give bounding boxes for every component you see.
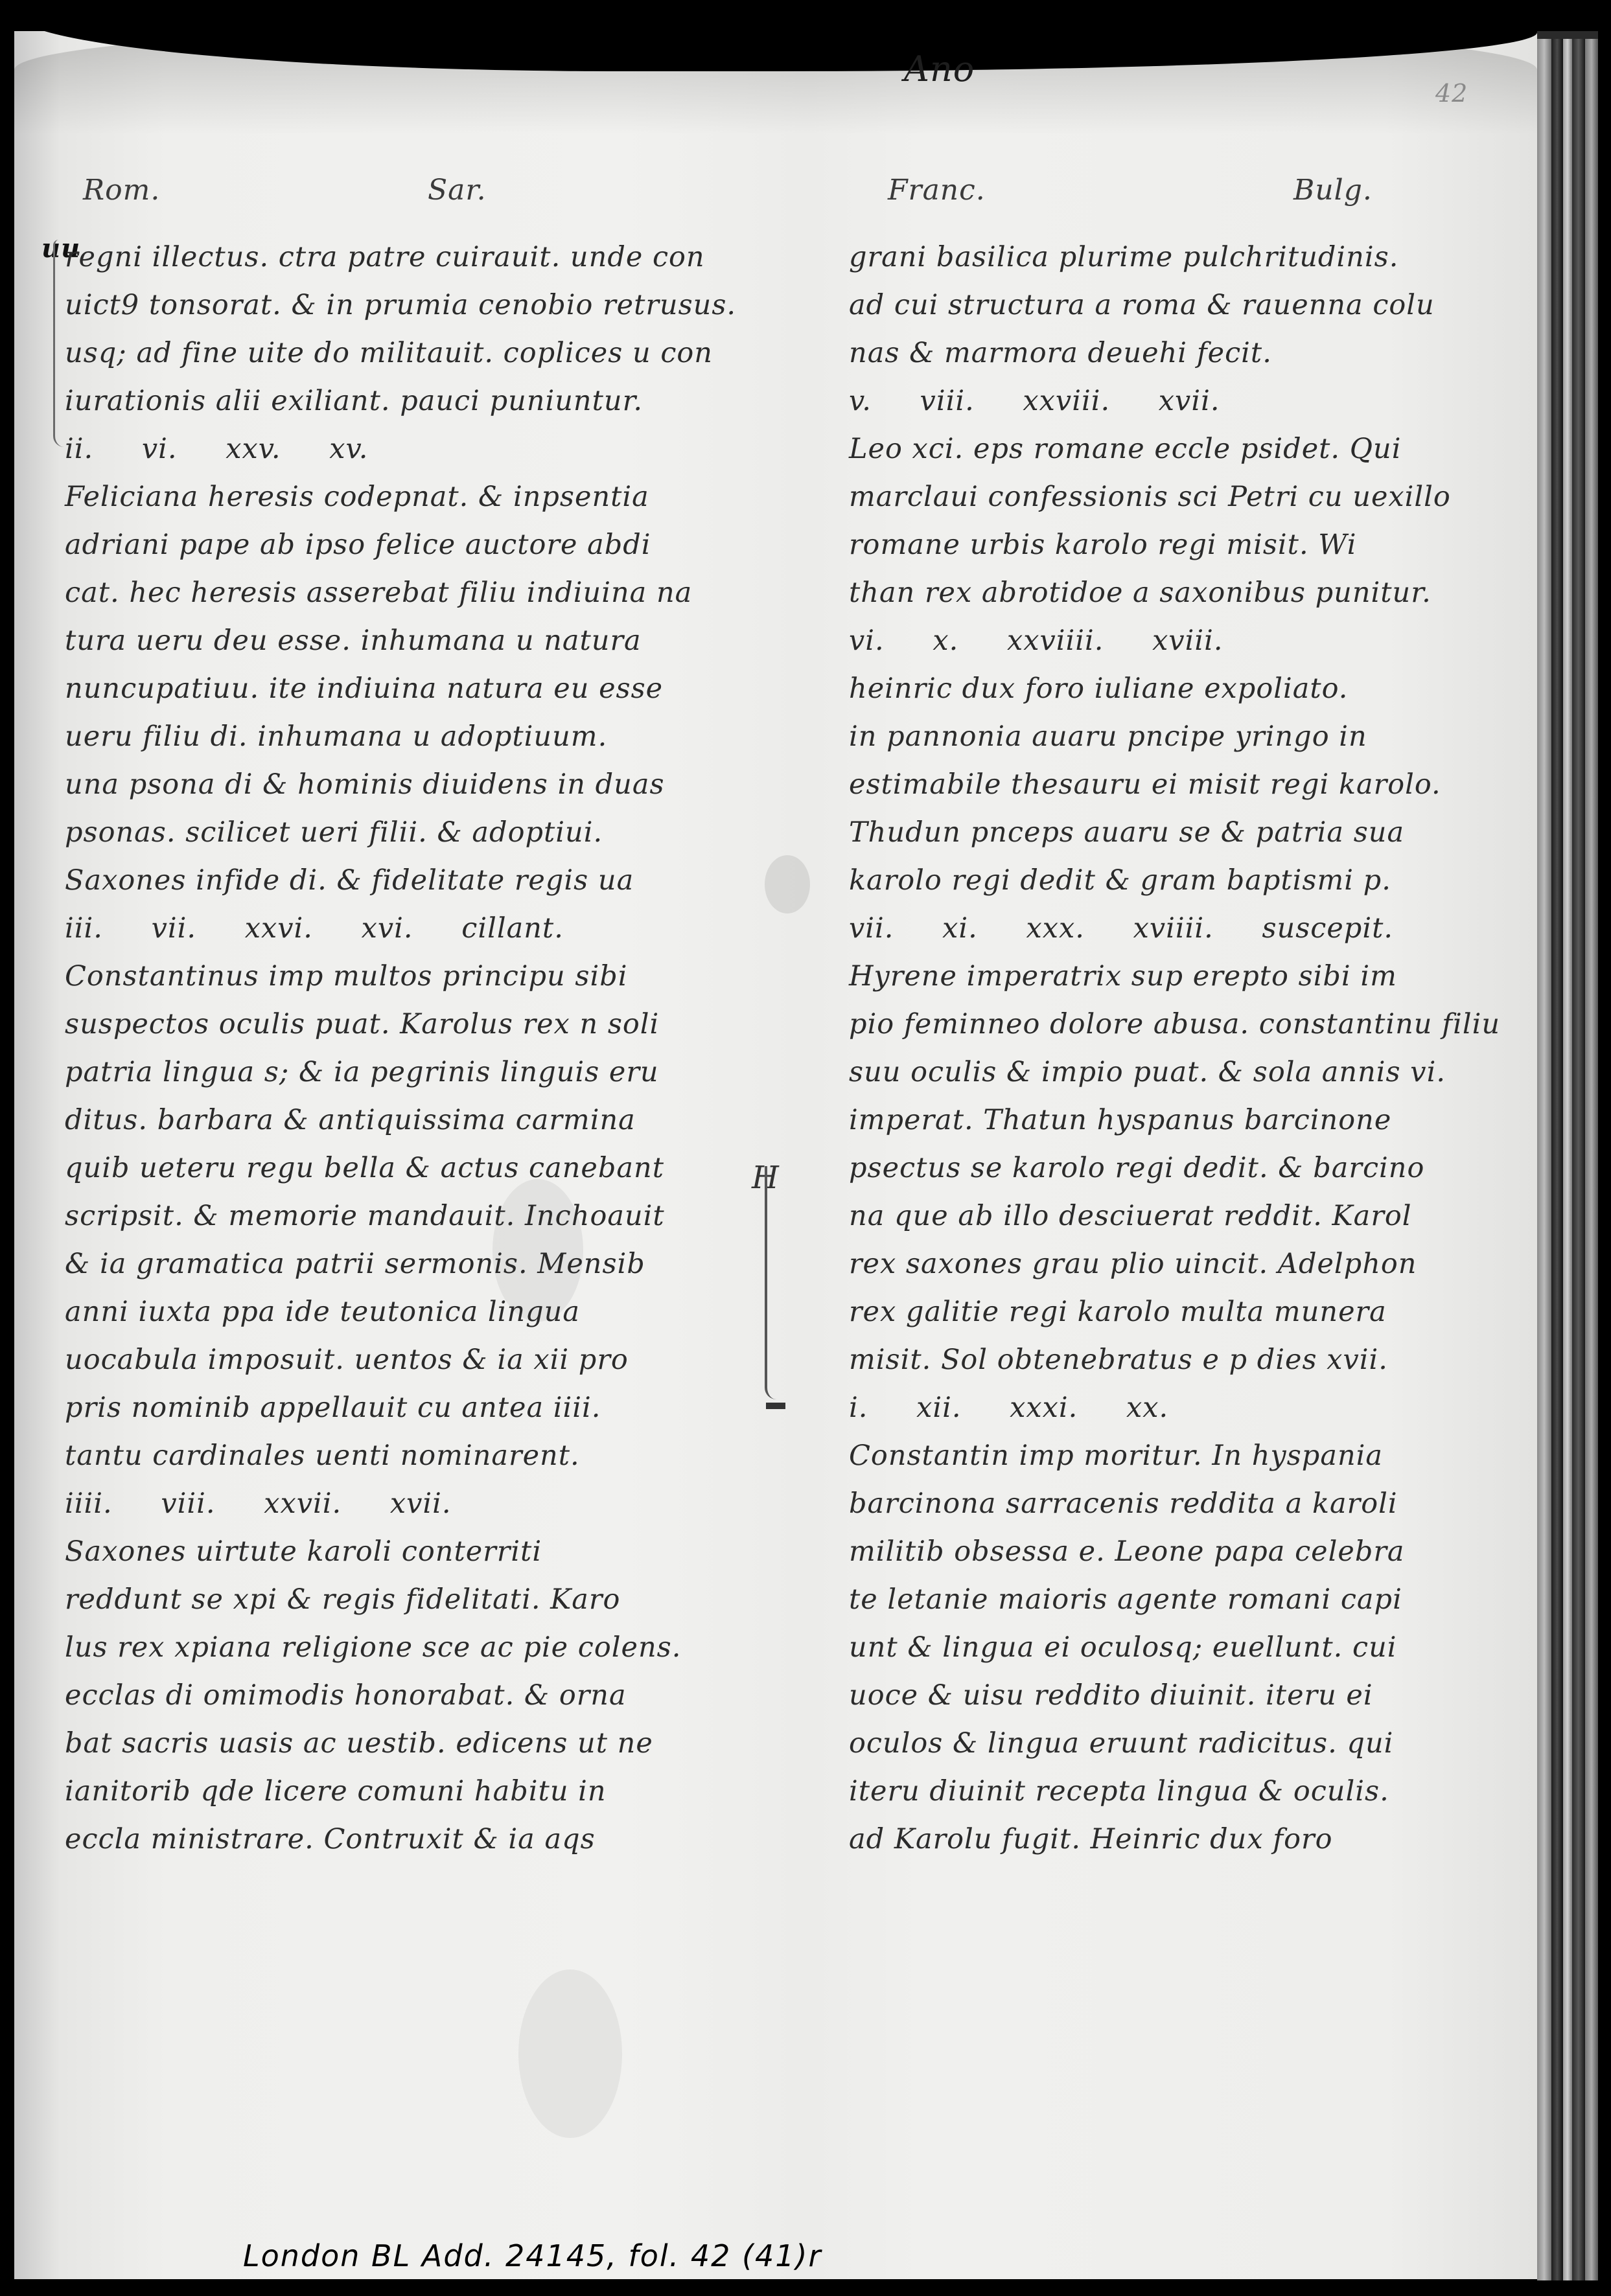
text-line: grani basilica plurime pulchritudinis. — [849, 233, 1529, 281]
year-numerals-line: iii. vii. xxvi. xvi. cillant. — [65, 904, 752, 952]
text-line: romane urbis karolo regi misit. Wi — [849, 521, 1529, 569]
text-line: marclaui confessionis sci Petri cu uexil… — [849, 473, 1529, 521]
text-line: karolo regi dedit & gram baptismi p. — [849, 856, 1529, 904]
text-line: suspectos oculis puat. Karolus rex n sol… — [65, 1000, 752, 1048]
text-line: misit. Sol obtenebratus e p dies xvii. — [849, 1336, 1529, 1384]
book-page-edge — [1585, 39, 1598, 2280]
text-line: estimabile thesauru ei misit regi karolo… — [849, 761, 1529, 809]
book-page-edge — [1537, 39, 1551, 2280]
text-line: Hyrene imperatrix sup erepto sibi im — [849, 952, 1529, 1000]
text-line: barcinona sarracenis reddita a karoli — [849, 1480, 1529, 1528]
text-line: ad Karolu fugit. Heinric dux foro — [849, 1815, 1529, 1863]
year-numerals-line: vi. x. xxviiii. xviii. — [849, 617, 1529, 665]
year-numerals-line: iiii. viii. xxvii. xvii. — [65, 1480, 752, 1528]
text-line: Saxones infide di. & fidelitate regis ua — [65, 856, 752, 904]
year-numerals-line: vii. xi. xxx. xviiii. suscepit. — [849, 904, 1529, 952]
column-heading-rom: Rom. — [83, 174, 160, 207]
column-heading-sar: Sar. — [428, 174, 487, 207]
text-line: anni iuxta ppa ide teutonica lingua — [65, 1288, 752, 1336]
text-line: Feliciana heresis codepnat. & inpsentia — [65, 473, 752, 521]
text-line: & ia gramatica patrii sermonis. Mensib — [65, 1240, 752, 1288]
text-line: Leo xci. eps romane eccle psidet. Qui — [849, 425, 1529, 473]
folio-number: 42 — [1435, 79, 1468, 108]
running-head-mark: Ano — [904, 49, 975, 89]
text-line: usq; ad fine uite do militauit. coplices… — [65, 329, 752, 377]
book-page-edge — [1551, 39, 1563, 2280]
text-line: na que ab illo desciuerat reddit. Karol — [849, 1192, 1529, 1240]
text-line: scripsit. & memorie mandauit. Inchoauit — [65, 1192, 752, 1240]
text-line: quib ueteru regu bella & actus canebant — [65, 1144, 752, 1192]
text-line: ad cui structura a roma & rauenna colu — [849, 281, 1529, 329]
text-line: ecclas di omimodis honorabat. & orna — [65, 1671, 752, 1719]
text-line: rex saxones grau plio uincit. Adelphon — [849, 1240, 1529, 1288]
text-line: in pannonia auaru pncipe yringo in — [849, 713, 1529, 761]
text-line: uocabula imposuit. uentos & ia xii pro — [65, 1336, 752, 1384]
year-numerals-line: ii. vi. xxv. xv. — [65, 425, 752, 473]
column-heading-bulg: Bulg. — [1293, 174, 1373, 207]
text-line: nas & marmora deuehi fecit. — [849, 329, 1529, 377]
column-heading-franc: Franc. — [888, 174, 986, 207]
text-line: Constantin imp moritur. In hyspania — [849, 1432, 1529, 1480]
text-line: Thudun pnceps auaru se & patria sua — [849, 809, 1529, 856]
text-line: ditus. barbara & antiquissima carmina — [65, 1096, 752, 1144]
text-line: cat. hec heresis asserebat filiu indiuin… — [65, 569, 752, 617]
text-line: tantu cardinales uenti nominarent. — [65, 1432, 752, 1480]
text-line: psonas. scilicet ueri filii. & adoptiui. — [65, 809, 752, 856]
text-line: iteru diuinit recepta lingua & oculis. — [849, 1767, 1529, 1815]
text-line: Saxones uirtute karoli conterriti — [65, 1528, 752, 1576]
text-line: iurationis alii exiliant. pauci puniuntu… — [65, 377, 752, 425]
right-text-column: grani basilica plurime pulchritudinis. a… — [849, 233, 1529, 1863]
year-numerals-line: v. viii. xxviii. xvii. — [849, 377, 1529, 425]
text-line: than rex abrotidoe a saxonibus punitur. — [849, 569, 1529, 617]
text-line: una psona di & hominis diuidens in duas — [65, 761, 752, 809]
text-line: rex galitie regi karolo multa munera — [849, 1288, 1529, 1336]
marginal-dash — [766, 1403, 785, 1409]
left-text-column: regni illectus. ctra patre cuirauit. und… — [65, 233, 752, 1863]
text-line: Constantinus imp multos principu sibi — [65, 952, 752, 1000]
shelfmark-annotation: London BL Add. 24145, fol. 42 (41)r — [243, 2238, 822, 2273]
text-line: imperat. Thatun hyspanus barcinone — [849, 1096, 1529, 1144]
marginal-bracket — [53, 240, 64, 447]
text-line: ueru filiu di. inhumana u adoptiuum. — [65, 713, 752, 761]
text-line: uict9 tonsorat. & in prumia cenobio retr… — [65, 281, 752, 329]
text-line: patria lingua s; & ia pegrinis linguis e… — [65, 1048, 752, 1096]
text-line: lus rex xpiana religione sce ac pie cole… — [65, 1624, 752, 1671]
text-line: eccla ministrare. Contruxit & ia aqs — [65, 1815, 752, 1863]
text-line: ianitorib qde licere comuni habitu in — [65, 1767, 752, 1815]
parchment-stain — [765, 855, 810, 913]
text-line: reddunt se xpi & regis fidelitati. Karo — [65, 1576, 752, 1624]
parchment-stain — [518, 1969, 622, 2138]
text-line: militib obsessa e. Leone papa celebra — [849, 1528, 1529, 1576]
book-page-edge — [1572, 39, 1585, 2280]
text-line: tura ueru deu esse. inhumana u natura — [65, 617, 752, 665]
text-line: suu oculis & impio puat. & sola annis vi… — [849, 1048, 1529, 1096]
year-numerals-line: i. xii. xxxi. xx. — [849, 1384, 1529, 1432]
text-line: regni illectus. ctra patre cuirauit. und… — [65, 233, 752, 281]
text-line: adriani pape ab ipso felice auctore abdi — [65, 521, 752, 569]
text-line: oculos & lingua eruunt radicitus. qui — [849, 1719, 1529, 1767]
text-line: pio feminneo dolore abusa. constantinu f… — [849, 1000, 1529, 1048]
text-line: bat sacris uasis ac uestib. edicens ut n… — [65, 1719, 752, 1767]
text-line: psectus se karolo regi dedit. & barcino — [849, 1144, 1529, 1192]
text-line: unt & lingua ei oculosq; euellunt. cui — [849, 1624, 1529, 1671]
marginal-bracket — [765, 1166, 776, 1399]
book-page-edge — [1563, 39, 1572, 2280]
text-line: uoce & uisu reddito diuinit. iteru ei — [849, 1671, 1529, 1719]
text-line: nuncupatiuu. ite indiuina natura eu esse — [65, 665, 752, 713]
text-line: pris nominib appellauit cu antea iiii. — [65, 1384, 752, 1432]
text-line: te letanie maioris agente romani capi — [849, 1576, 1529, 1624]
text-line: heinric dux foro iuliane expoliato. — [849, 665, 1529, 713]
